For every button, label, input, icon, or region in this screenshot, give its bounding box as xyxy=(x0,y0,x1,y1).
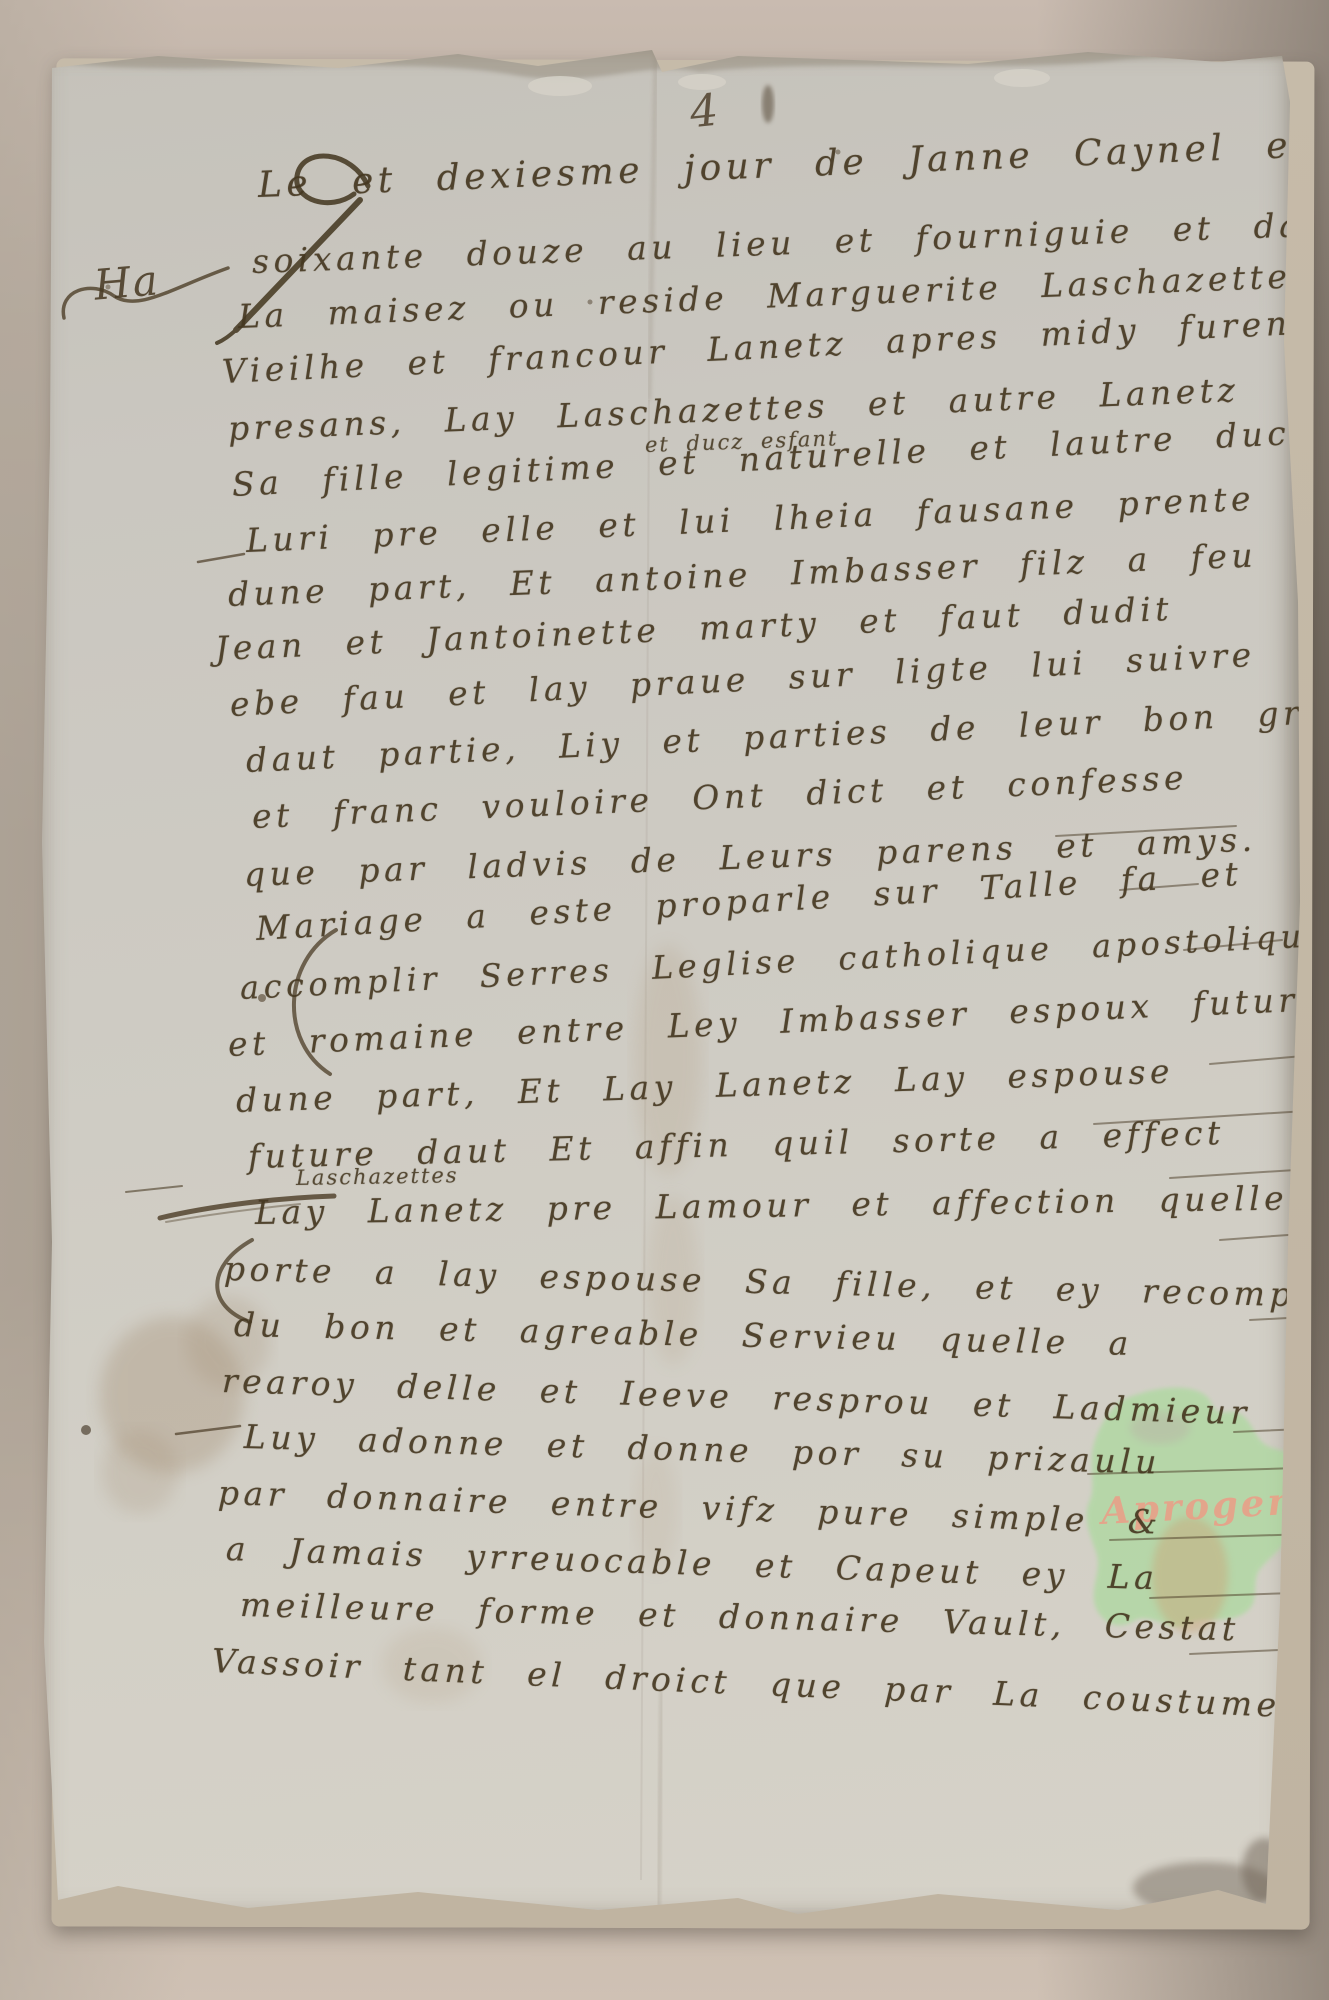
manuscript-line: porte a lay espouse Sa fille, et ey reco… xyxy=(224,1252,1329,1313)
manuscript-line: Lay Lanetz pre Lamour et affection quell… xyxy=(255,1182,1289,1229)
manuscript-line: a Jamais yrreuocable et Capeut ey La xyxy=(225,1532,1158,1594)
manuscript-text-layer: 4 Ha Le et dexiesme jour de Janne Caynel… xyxy=(0,0,1329,2000)
manuscript-line: dune part, Et Lay Lanetz Lay espouse xyxy=(235,1055,1174,1117)
margin-note: Ha xyxy=(92,255,162,310)
page-number: 4 xyxy=(687,85,720,139)
manuscript-line: par donnaire entre vifz pure simple & xyxy=(217,1476,1162,1539)
manuscript-line: Le et dexiesme jour de Janne Caynel et s… xyxy=(257,118,1329,204)
manuscript-line: meilleure forme et donnaire Vault, Cesta… xyxy=(240,1588,1240,1645)
manuscript-line: du bon et agreable Servieu quelle a xyxy=(234,1308,1133,1360)
manuscript-line: Luy adonne et donne por su prizaulu xyxy=(244,1420,1162,1479)
photo-frame: Aprogemere xyxy=(0,0,1329,2000)
paper-sheet: Aprogemere xyxy=(38,42,1300,1922)
manuscript-line: Vassoir tant el droict que par La coustu… xyxy=(211,1644,1281,1722)
interline-note: Laschazettes xyxy=(296,1165,459,1189)
manuscript-line: rearoy delle et Ieeve resprou et Ladmieu… xyxy=(221,1364,1251,1429)
